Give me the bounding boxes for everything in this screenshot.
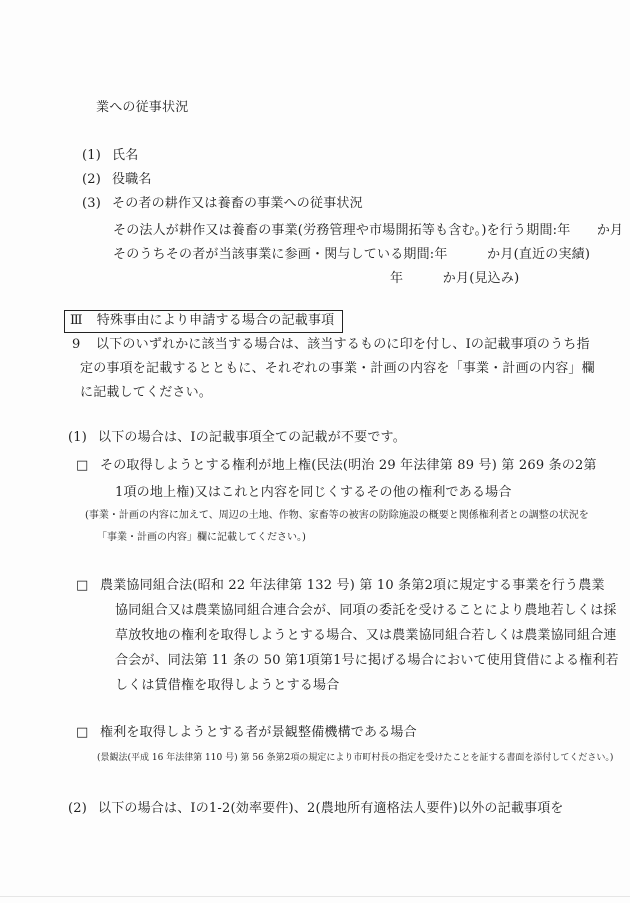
engagement-line-2: そのうちその者が当該事業に参画・関与している期間:年 か月(直近の実績) <box>113 247 590 263</box>
item-9-number: 9 <box>72 337 80 353</box>
page-bottom-edge <box>0 896 630 897</box>
case-2-label: (2) <box>68 801 87 817</box>
officer-item-3-label: (3) <box>82 196 101 212</box>
case-1-intro: 以下の場合は、Ⅰの記載事項全ての記載が不要です。 <box>98 430 406 446</box>
checkbox-superficies-line-2: 1項の地上権)又はこれと内容を同じくするその他の権利である場合 <box>115 485 512 501</box>
checkbox-superficies-note-2: 「事業・計画の内容」欄に記載してください。) <box>97 532 306 545</box>
checkbox-agri-coop-line-4: 合会が、同法第 11 条の 50 第1項第1号に掲げる場合において使用貸借による… <box>115 653 619 669</box>
officer-item-1-text: 氏名 <box>112 148 138 164</box>
checkbox-agri-coop: □ <box>76 578 88 594</box>
fragment-line: 業への従事状況 <box>96 100 188 116</box>
case-1-label: (1) <box>68 430 87 446</box>
officer-item-2-text: 役職名 <box>112 172 152 188</box>
checkbox-agri-coop-line-3: 草放牧地の権利を取得しようとする場合、又は農業協同組合若しくは農業協同組合連 <box>115 628 617 644</box>
checkbox-landscape-org: □ <box>76 725 88 741</box>
checkbox-agri-coop-line-2: 協同組合又は農業協同組合連合会が、同項の委託を受けることにより農地若しくは採 <box>115 603 617 619</box>
checkbox-superficies-note-1: (事業・計画の内容に加えて、周辺の土地、作物、家畜等の被害の防除施設の概要と関係… <box>85 510 589 523</box>
section-3-heading: Ⅲ特殊事由により申請する場合の記載事項 <box>64 310 343 333</box>
engagement-line-1: その法人が耕作又は養畜の事業(労務管理や市場開拓等も含む。)を行う期間:年 か月 <box>113 223 623 239</box>
checkbox-agri-coop-line-1: 農業協同組合法(昭和 22 年法律第 132 号) 第 10 条第2項に規定する… <box>100 578 605 594</box>
checkbox-superficies-line-1: その取得しようとする権利が地上権(民法(明治 29 年法律第 89 号) 第 2… <box>100 458 597 474</box>
checkbox-landscape-org-note-1: (景観法(平成 16 年法律第 110 号) 第 56 条第2項の規定により市町… <box>97 753 613 764</box>
checkbox-landscape-org-line-1: 権利を取得しようとする者が景観整備機構である場合 <box>100 725 417 741</box>
document-page: 業への従事状況 (1) 氏名 (2) 役職名 (3) その者の耕作又は養畜の事業… <box>0 0 630 903</box>
checkbox-superficies: □ <box>76 458 88 474</box>
section-3-title: 特殊事由により申請する場合の記載事項 <box>97 313 335 328</box>
section-3-numeral: Ⅲ <box>70 313 83 328</box>
officer-item-2-label: (2) <box>82 172 101 188</box>
officer-item-1-label: (1) <box>82 148 101 164</box>
item-9-line-3: に記載してください。 <box>80 385 212 401</box>
item-9-line-2: 定の事項を記載するとともに、それぞれの事業・計画の内容を「事業・計画の内容」欄 <box>80 361 595 377</box>
case-2-line-1: 以下の場合は、Ⅰの1-2(効率要件)、2(農地所有適格法人要件)以外の記載事項を <box>98 801 564 817</box>
engagement-line-3: 年 か月(見込み) <box>390 271 519 287</box>
item-9-line-1: 以下のいずれかに該当する場合は、該当するものに印を付し、Ⅰの記載事項のうち指 <box>96 337 590 353</box>
checkbox-agri-coop-line-5: しくは賃借権を取得しようとする場合 <box>115 678 339 694</box>
officer-item-3-text: その者の耕作又は養畜の事業への従事状況 <box>112 196 363 212</box>
